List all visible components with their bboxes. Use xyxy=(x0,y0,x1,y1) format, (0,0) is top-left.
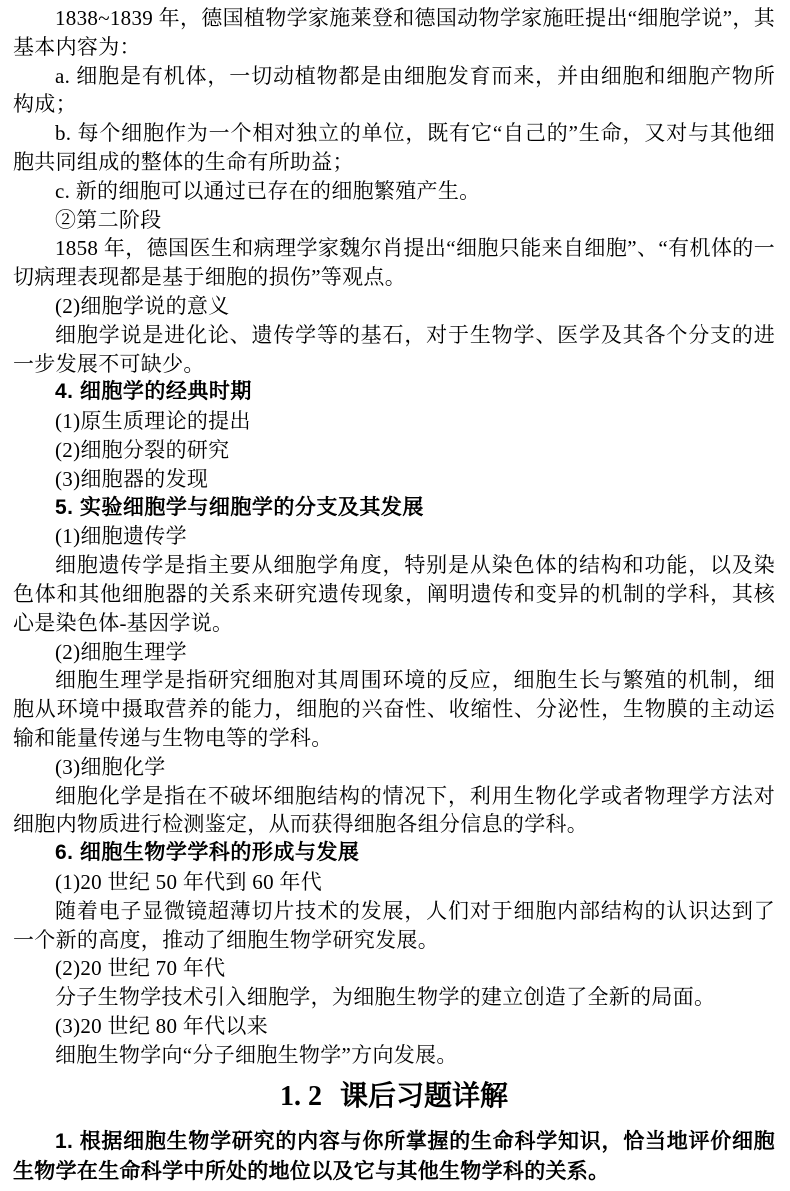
paragraph: (2)细胞分裂的研究 xyxy=(13,436,775,465)
paragraph: c. 新的细胞可以通过已存在的细胞繁殖产生。 xyxy=(13,177,775,206)
section-number: 1. 2 xyxy=(280,1081,322,1112)
paragraph: (2)细胞学说的意义 xyxy=(13,292,775,321)
paragraph: 细胞化学是指在不破坏细胞结构的情况下，利用生物化学或者物理学方法对细胞内物质进行… xyxy=(13,782,775,840)
paragraph: (1)原生质理论的提出 xyxy=(13,407,775,436)
paragraph: 细胞遗传学是指主要从细胞学角度，特别是从染色体的结构和功能，以及染色体和其他细胞… xyxy=(13,551,775,637)
paragraph: (1)细胞遗传学 xyxy=(13,522,775,551)
document-body: 1838~1839 年，德国植物学家施莱登和德国动物学家施旺提出“细胞学说”，其… xyxy=(13,4,775,1069)
section-title: 课后习题详解 xyxy=(340,1080,508,1111)
paragraph: (1)20 世纪 50 年代到 60 年代 xyxy=(13,868,775,897)
paragraph: a. 细胞是有机体，一切动植物都是由细胞发育而来，并由细胞和细胞产物所构成； xyxy=(13,62,775,120)
section-heading: 1. 2课后习题详解 xyxy=(13,1078,775,1115)
paragraph: ②第二阶段 xyxy=(13,206,775,235)
paragraph: (3)细胞器的发现 xyxy=(13,465,775,494)
subheading: 6. 细胞生物学学科的形成与发展 xyxy=(13,839,775,868)
paragraph: (3)细胞化学 xyxy=(13,753,775,782)
paragraph: 随着电子显微镜超薄切片技术的发展，人们对于细胞内部结构的认识达到了一个新的高度，… xyxy=(13,897,775,955)
paragraph: (2)20 世纪 70 年代 xyxy=(13,954,775,983)
subheading: 5. 实验细胞学与细胞学的分支及其发展 xyxy=(13,494,775,523)
subheading: 4. 细胞学的经典时期 xyxy=(13,378,775,407)
paragraph: (3)20 世纪 80 年代以来 xyxy=(13,1012,775,1041)
paragraph: 分子生物学技术引入细胞学，为细胞生物学的建立创造了全新的局面。 xyxy=(13,983,775,1012)
paragraph: b. 每个细胞作为一个相对独立的单位，既有它“自己的”生命，又对与其他细胞共同组… xyxy=(13,119,775,177)
paragraph: 1858 年，德国医生和病理学家魏尔肖提出“细胞只能来自细胞”、“有机体的一切病… xyxy=(13,234,775,292)
paragraph: (2)细胞生理学 xyxy=(13,638,775,667)
question-paragraph: 1. 根据细胞生物学研究的内容与你所掌握的生命科学知识，恰当地评价细胞生物学在生… xyxy=(13,1127,775,1186)
paragraph: 1838~1839 年，德国植物学家施莱登和德国动物学家施旺提出“细胞学说”，其… xyxy=(13,4,775,62)
paragraph: 细胞生物学向“分子细胞生物学”方向发展。 xyxy=(13,1041,775,1070)
paragraph: 细胞生理学是指研究细胞对其周围环境的反应，细胞生长与繁殖的机制，细胞从环境中摄取… xyxy=(13,666,775,752)
document-page: 1838~1839 年，德国植物学家施莱登和德国动物学家施旺提出“细胞学说”，其… xyxy=(0,0,790,1191)
paragraph: 细胞学说是进化论、遗传学等的基石，对于生物学、医学及其各个分支的进一步发展不可缺… xyxy=(13,321,775,379)
